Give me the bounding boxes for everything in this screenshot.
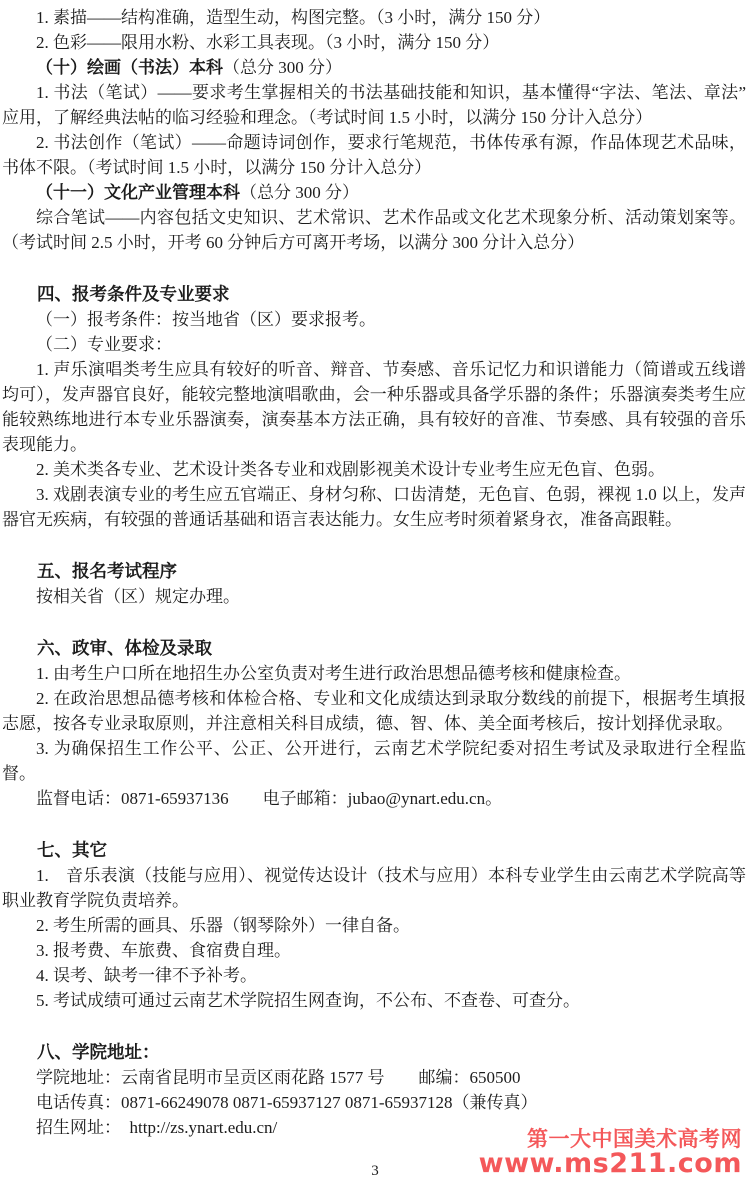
paragraph: 1. 素描——结构准确，造型生动，构图完整。（3 小时，满分 150 分） xyxy=(2,5,746,30)
paragraph: 监督电话：0871-65937136 电子邮箱：jubao@ynart.edu.… xyxy=(2,786,746,811)
document-page: 1. 素描——结构准确，造型生动，构图完整。（3 小时，满分 150 分）2. … xyxy=(0,0,750,1186)
sub-heading: （十一）文化产业管理本科（总分 300 分） xyxy=(2,180,746,205)
section-heading: 五、报名考试程序 xyxy=(2,559,746,584)
paragraph: 2. 色彩——限用水粉、水彩工具表现。（3 小时，满分 150 分） xyxy=(2,30,746,55)
paragraph: 3. 戏剧表演专业的考生应五官端正、身材匀称、口齿清楚，无色盲、色弱，裸视 1.… xyxy=(2,482,746,532)
section-heading: 六、政审、体检及录取 xyxy=(2,636,746,661)
paragraph: 1. 书法（笔试）——要求考生掌握相关的书法基础技能和知识，基本懂得“字法、笔法… xyxy=(2,80,746,130)
section-heading: 七、其它 xyxy=(2,838,746,863)
paragraph: 5. 考试成绩可通过云南艺术学院招生网查询，不公布、不查卷、可查分。 xyxy=(2,988,746,1013)
watermark-site-name: 第一大中国美术高考网 xyxy=(479,1128,742,1150)
paragraph: 1. 声乐演唱类考生应具有较好的听音、辩音、节奏感、音乐记忆力和识谱能力（简谱或… xyxy=(2,357,746,457)
paragraph: 2. 书法创作（笔试）——命题诗词创作，要求行笔规范，书体传承有源，作品体现艺术… xyxy=(2,130,746,180)
section-heading: 四、报考条件及专业要求 xyxy=(2,282,746,307)
document-body: 1. 素描——结构准确，造型生动，构图完整。（3 小时，满分 150 分）2. … xyxy=(2,5,746,1140)
paragraph: 学院地址：云南省昆明市呈贡区雨花路 1577 号 邮编：650500 xyxy=(2,1065,746,1090)
watermark-site-url: www.ms211.com xyxy=(479,1150,742,1178)
section-heading: 八、学院地址： xyxy=(2,1040,746,1065)
paragraph: 1. 由考生户口所在地招生办公室负责对考生进行政治思想品德考核和健康检查。 xyxy=(2,661,746,686)
sub-heading-rest: （总分 300 分） xyxy=(240,183,359,202)
paragraph: 2. 考生所需的画具、乐器（钢琴除外）一律自备。 xyxy=(2,913,746,938)
sub-heading-rest: （总分 300 分） xyxy=(223,58,342,77)
paragraph: 4. 误考、缺考一律不予补考。 xyxy=(2,963,746,988)
paragraph: 2. 美术类各专业、艺术设计类各专业和戏剧影视美术设计专业考生应无色盲、色弱。 xyxy=(2,457,746,482)
paragraph: 按相关省（区）规定办理。 xyxy=(2,584,746,609)
paragraph: 2. 在政治思想品德考核和体检合格、专业和文化成绩达到录取分数线的前提下，根据考… xyxy=(2,686,746,736)
paragraph: （二）专业要求： xyxy=(2,332,746,357)
paragraph: 3. 为确保招生工作公平、公正、公开进行，云南艺术学院纪委对招生考试及录取进行全… xyxy=(2,736,746,786)
paragraph: 1. 音乐表演（技能与应用）、视觉传达设计（技术与应用）本科专业学生由云南艺术学… xyxy=(2,863,746,913)
sub-heading-bold: （十）绘画（书法）本科 xyxy=(36,58,223,77)
paragraph: 综合笔试——内容包括文史知识、艺术常识、艺术作品或文化艺术现象分析、活动策划案等… xyxy=(2,205,746,255)
paragraph: 3. 报考费、车旅费、食宿费自理。 xyxy=(2,938,746,963)
sub-heading-bold: （十一）文化产业管理本科 xyxy=(36,183,240,202)
paragraph: （一）报考条件：按当地省（区）要求报考。 xyxy=(2,307,746,332)
watermark: 第一大中国美术高考网 www.ms211.com xyxy=(479,1128,742,1178)
paragraph: 电话传真：0871-66249078 0871-65937127 0871-65… xyxy=(2,1090,746,1115)
sub-heading: （十）绘画（书法）本科（总分 300 分） xyxy=(2,55,746,80)
